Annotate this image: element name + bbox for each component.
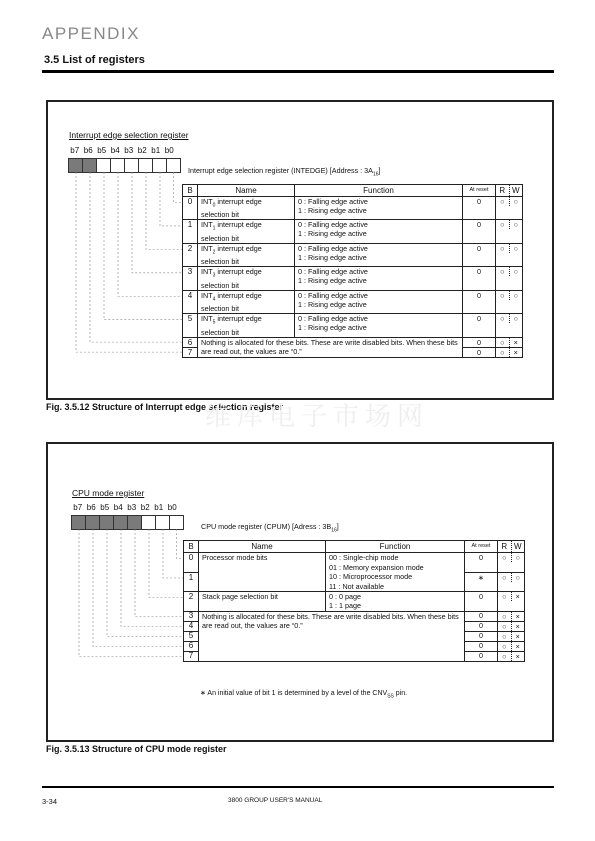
page-number: 3-34 — [42, 797, 57, 806]
figure-caption: Fig. 3.5.13 Structure of CPU mode regist… — [46, 744, 227, 754]
footnote: ∗ An initial value of bit 1 is determine… — [200, 689, 407, 699]
manual-title: 3800 GROUP USER'S MANUAL — [228, 797, 322, 804]
footer-rule — [42, 786, 554, 788]
bit-leader-lines — [0, 0, 595, 841]
